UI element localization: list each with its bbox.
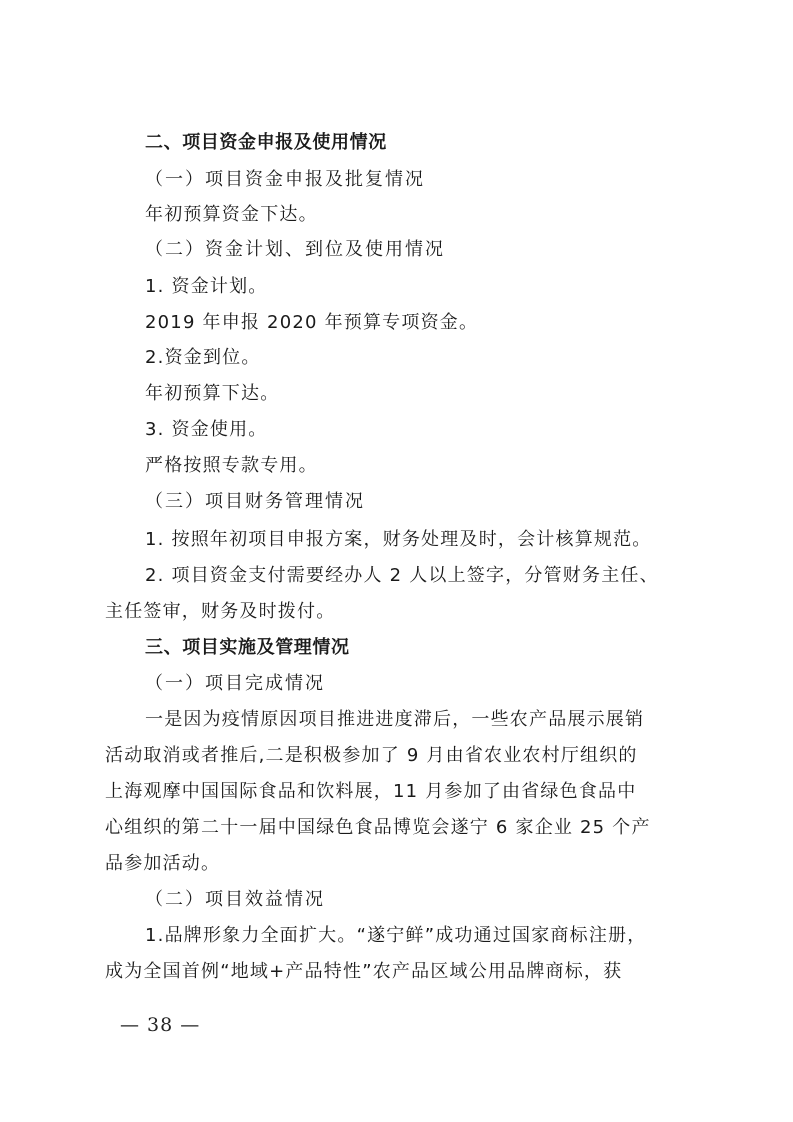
paragraph: 2019 年申报 2020 年预算专项资金。 — [145, 311, 697, 335]
list-item-fund-usage: 3. 资金使用。 — [145, 418, 697, 442]
list-item-fund-plan: 1. 资金计划。 — [145, 275, 697, 299]
section-heading-implementation: 三、项目实施及管理情况 — [145, 636, 697, 660]
subheading-plan-arrival-usage: （二）资金计划、到位及使用情况 — [145, 238, 697, 262]
paragraph-continuation: 上海观摩中国国际食品和饮料展，11 月参加了由省绿色食品中 — [105, 780, 657, 804]
document-page: 二、项目资金申报及使用情况 （一）项目资金申报及批复情况 年初预算资金下达。 （… — [0, 0, 793, 1122]
paragraph: 一是因为疫情原因项目推进进度滞后，一些农产品展示展销 — [145, 708, 697, 732]
page-number: — 38 — — [120, 1014, 200, 1036]
list-item: 1. 按照年初项目申报方案，财务处理及时，会计核算规范。 — [145, 528, 697, 552]
paragraph-continuation: 心组织的第二十一届中国绿色食品博览会遂宁 6 家企业 25 个产 — [105, 816, 657, 840]
paragraph-continuation: 品参加活动。 — [105, 852, 657, 876]
paragraph-continuation: 活动取消或者推后,二是积极参加了 9 月由省农业农村厅组织的 — [105, 744, 657, 768]
paragraph: 年初预算资金下达。 — [145, 203, 697, 227]
subheading-benefits: （二）项目效益情况 — [145, 888, 697, 912]
section-heading-funding: 二、项目资金申报及使用情况 — [145, 131, 697, 155]
paragraph: 严格按照专款专用。 — [145, 454, 697, 478]
list-item: 2. 项目资金支付需要经办人 2 人以上签字，分管财务主任、 — [145, 564, 697, 588]
paragraph-continuation: 主任签审，财务及时拨付。 — [105, 600, 657, 624]
subheading-application-approval: （一）项目资金申报及批复情况 — [145, 168, 697, 192]
subheading-completion: （一）项目完成情况 — [145, 672, 697, 696]
list-item-fund-arrival: 2.资金到位。 — [145, 346, 697, 370]
paragraph: 年初预算下达。 — [145, 382, 697, 406]
paragraph-continuation: 成为全国首例“地域+产品特性”农产品区域公用品牌商标，获 — [105, 960, 657, 984]
subheading-financial-management: （三）项目财务管理情况 — [145, 490, 697, 514]
list-item: 1.品牌形象力全面扩大。“遂宁鲜”成功通过国家商标注册， — [145, 924, 697, 948]
